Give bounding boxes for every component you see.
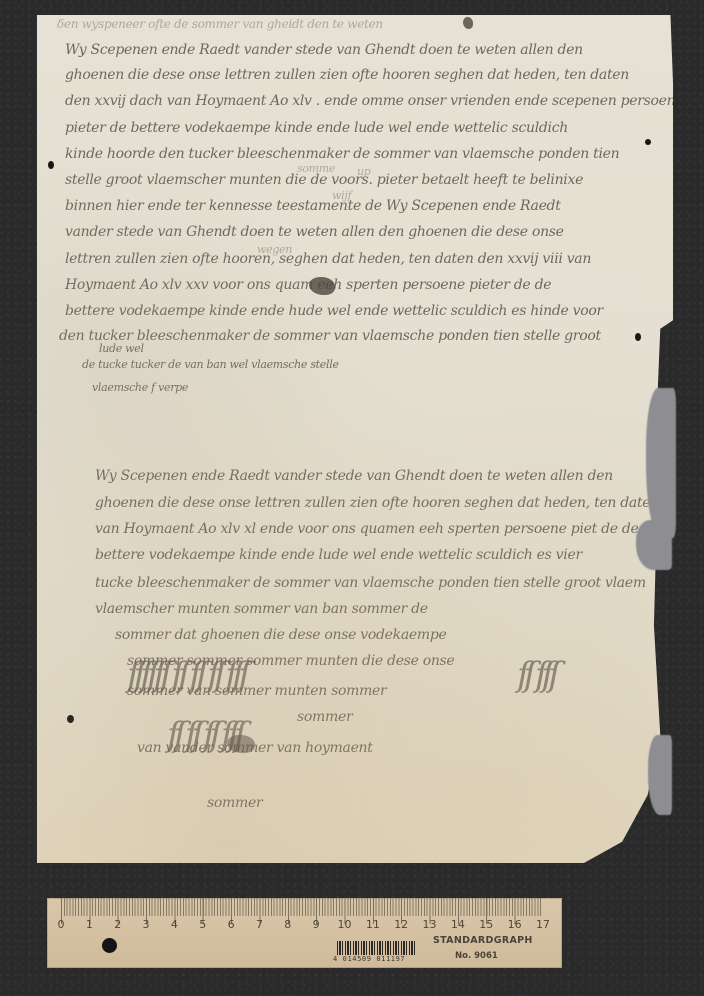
note-line: vlaemsche f verpe (92, 381, 188, 394)
text-line: binnen hier ende ter kennesse teestament… (65, 198, 561, 214)
pen-trial-line: sommer dat ghoenen die dese onse vodekae… (115, 627, 446, 643)
text-line: van Hoymaent Ao xlv xl ende voor ons qua… (95, 521, 639, 537)
text-line: Wy Scepenen ende Raedt vander stede van … (95, 468, 613, 484)
pen-trial-line: sommer (207, 795, 262, 811)
ruler-label: 17 (536, 918, 550, 931)
ruler-label: 16 (508, 918, 522, 931)
text-line: vander stede van Ghendt doen te weten al… (65, 224, 564, 240)
ruler-hang-hole (102, 938, 117, 953)
ruler-label: 8 (284, 918, 291, 931)
interlinear-note: wijf (332, 189, 351, 202)
barcode-number: 4 014509 011197 (333, 955, 405, 963)
ruler-label: 5 (199, 918, 206, 931)
ruler-label: 13 (423, 918, 437, 931)
interlinear-note: up (357, 165, 371, 178)
text-line: pieter de bettere vodekaempe kinde ende … (65, 120, 568, 136)
ruler-label: 0 (58, 918, 65, 931)
text-line: lettren zullen zien ofte hooren, seghen … (65, 251, 591, 267)
barcode (337, 941, 417, 955)
text-line: tucke bleeschenmaker de sommer van vlaem… (95, 575, 646, 591)
interlinear-note: somme (297, 162, 335, 175)
ruler-label: 7 (256, 918, 263, 931)
ruler-brand: STANDARDGRAPH (433, 935, 533, 946)
ink-mark (463, 17, 473, 29)
text-line: vlaemscher munten sommer van ban sommer … (95, 601, 428, 617)
ruler-label: 12 (394, 918, 408, 931)
text-line: ghoenen die dese onse lettren zullen zie… (65, 67, 629, 83)
edge-damage (648, 735, 672, 815)
ruler-label: 11 (366, 918, 380, 931)
ruler-label: 6 (228, 918, 235, 931)
ruler-label: 4 (171, 918, 178, 931)
binding-hole (48, 161, 54, 169)
ruler-label: 10 (338, 918, 352, 931)
text-line: den xxvij dach van Hoymaent Ao xlv . end… (65, 93, 683, 109)
ruler-label: 2 (114, 918, 121, 931)
edge-damage (646, 388, 676, 538)
note-line: de tucke tucker de van ban wel vlaemsche… (82, 358, 339, 371)
ink-blot (309, 277, 335, 295)
text-line: kinde hoorde den tucker bleeschenmaker d… (65, 146, 619, 162)
pen-trial-line: sommer (297, 709, 352, 725)
ruler-label: 15 (479, 918, 493, 931)
pen-trial-strokes: ſſſſſſ ſſ ſſ ſſ ſſſ (127, 655, 245, 695)
text-line: bettere vodekaempe kinde ende hude wel e… (65, 303, 603, 319)
text-line: bettere vodekaempe kinde ende lude wel e… (95, 547, 582, 563)
text-line: Wy Scepenen ende Raedt vander stede van … (65, 42, 583, 58)
note-line: lude wel (99, 342, 144, 355)
ruler-model: No. 9061 (455, 951, 498, 961)
ruler-label: 9 (313, 918, 320, 931)
ruler-ticks (61, 898, 543, 916)
manuscript-page: ẟen wyspeneer ofte de sommer van gheidt … (37, 15, 673, 863)
scale-ruler: 0 1 2 3 4 5 6 7 8 9 10 11 12 13 14 15 16… (47, 898, 562, 968)
interlinear-note: wegen (257, 243, 292, 256)
text-line: ẟen wyspeneer ofte de sommer van gheidt … (57, 17, 383, 31)
binding-hole (67, 715, 74, 723)
ruler-label: 14 (451, 918, 465, 931)
ruler-label: 3 (143, 918, 150, 931)
edge-damage (636, 520, 672, 570)
ruler-label: 1 (86, 918, 93, 931)
text-line: ghoenen die dese onse lettren zullen zie… (95, 495, 704, 511)
pen-trial-strokes: ſſ ſſſ (517, 655, 555, 695)
binding-hole (645, 139, 651, 145)
binding-hole (635, 333, 641, 341)
document-viewer: ẟen wyspeneer ofte de sommer van gheidt … (0, 0, 704, 996)
